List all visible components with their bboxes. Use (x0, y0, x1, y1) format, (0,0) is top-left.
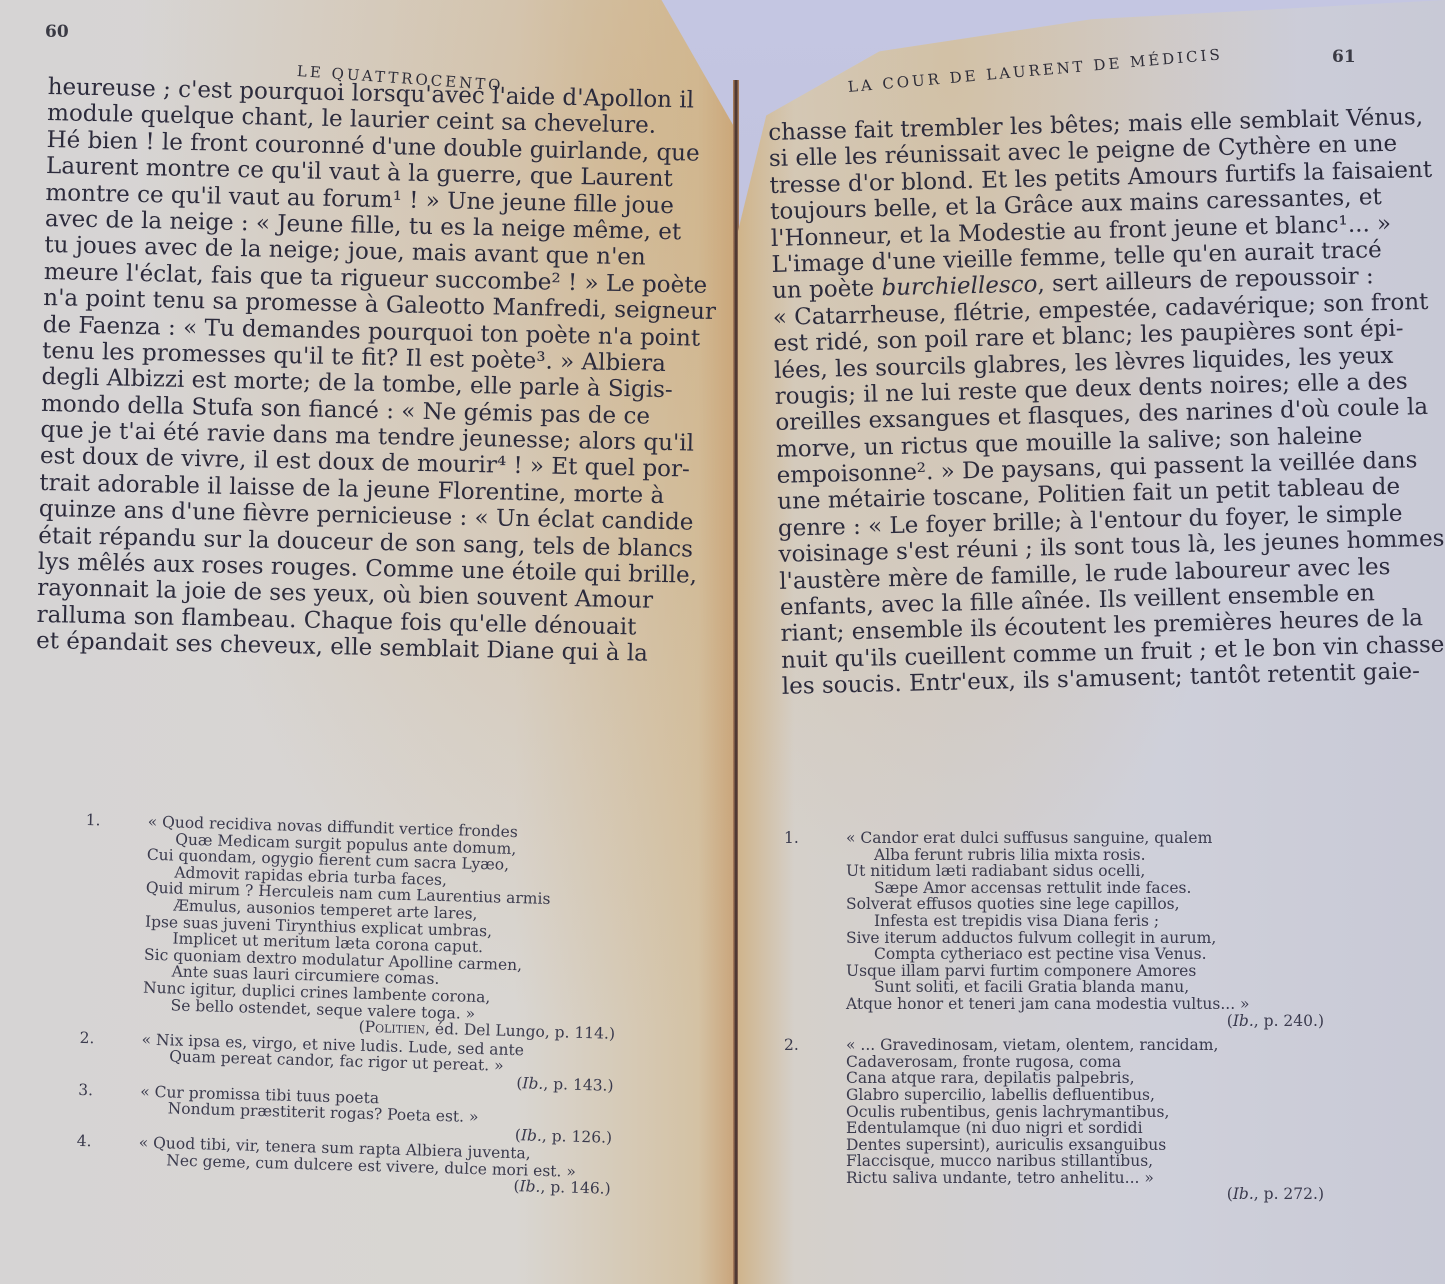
footnotes: 1.« Quod recidiva novas diffundit vertic… (76, 812, 621, 1198)
footnote: 1.« Candor erat dulci suffusus sanguine,… (784, 830, 1324, 1029)
body-text: chasse fait trembler les bêtes; mais ell… (768, 104, 1445, 701)
footnote-number: 2. (79, 1030, 94, 1047)
running-head: LA COUR DE LAURENT DE MÉDICIS (847, 45, 1223, 96)
verse-line: « Candor erat dulci suffusus sanguine, q… (846, 830, 1324, 847)
verse-line: Ut nitidum læti radiabant sidus ocelli, (846, 863, 1324, 880)
verse-line: Infesta est trepidis visa Diana feris ; (846, 913, 1324, 930)
verse-line: Oculis rubentibus, genis lachrymantibus, (846, 1104, 1324, 1121)
verse-line: Sæpe Amor accensas rettulit inde faces. (846, 880, 1324, 897)
verse-line: Cadaverosam, fronte rugosa, coma (846, 1054, 1324, 1071)
verse-line: Glabro supercilio, labellis defluentibus… (846, 1087, 1324, 1104)
citation: (Ib., p. 240.) (846, 1013, 1324, 1030)
footnote: 2.« ... Gravedinosam, vietam, olentem, r… (784, 1037, 1324, 1203)
verse-line: Cana atque rara, depilatis palpebris, (846, 1070, 1324, 1087)
right-page: 61 LA COUR DE LAURENT DE MÉDICIS chasse … (738, 0, 1445, 1284)
verse-line: Dentes supersint), auriculis exsanguibus (846, 1137, 1324, 1154)
footnote-number: 1. (86, 812, 101, 829)
body-text: heureuse ; c'est pourquoi lorsqu'avec l'… (36, 74, 721, 669)
footnote-number: 2. (784, 1037, 799, 1054)
footnote-number: 3. (78, 1081, 93, 1098)
italic-phrase: burchiellesco (881, 272, 1038, 302)
verse-line: Sunt soliti, et facili Gratia blanda man… (846, 979, 1324, 996)
verse-line: Solverat effusos quoties sine lege capil… (846, 896, 1324, 913)
footnotes: 1.« Candor erat dulci suffusus sanguine,… (784, 830, 1324, 1203)
page-number: 60 (45, 22, 69, 42)
verse-line: Sive iterum adductos fulvum collegit in … (846, 930, 1324, 947)
verse-line: Edentulamque (ni duo nigri et sordidi (846, 1120, 1324, 1137)
footnote-number: 4. (77, 1133, 92, 1150)
verse-line: Usque illam parvi furtim componere Amore… (846, 963, 1324, 980)
verse-line: Compta cytheriaco est pectine visa Venus… (846, 946, 1324, 963)
verse-line: Rictu saliva undante, tetro anhelitu... … (846, 1170, 1324, 1187)
citation: (Ib., p. 272.) (846, 1186, 1324, 1203)
footnote-number: 1. (784, 830, 799, 847)
verse-line: Flaccisque, mucco naribus stillantibus, (846, 1153, 1324, 1170)
left-page: 60 LE QUATTROCENTO heureuse ; c'est pour… (0, 0, 735, 1284)
verse-line: Atque honor et teneri jam cana modestia … (846, 996, 1324, 1013)
page-number: 61 (1332, 47, 1356, 67)
footnote: 1.« Quod recidiva novas diffundit vertic… (80, 812, 621, 1043)
verse-line: « ... Gravedinosam, vietam, olentem, ran… (846, 1037, 1324, 1054)
verse-line: Alba ferunt rubris lilia mixta rosis. (846, 847, 1324, 864)
